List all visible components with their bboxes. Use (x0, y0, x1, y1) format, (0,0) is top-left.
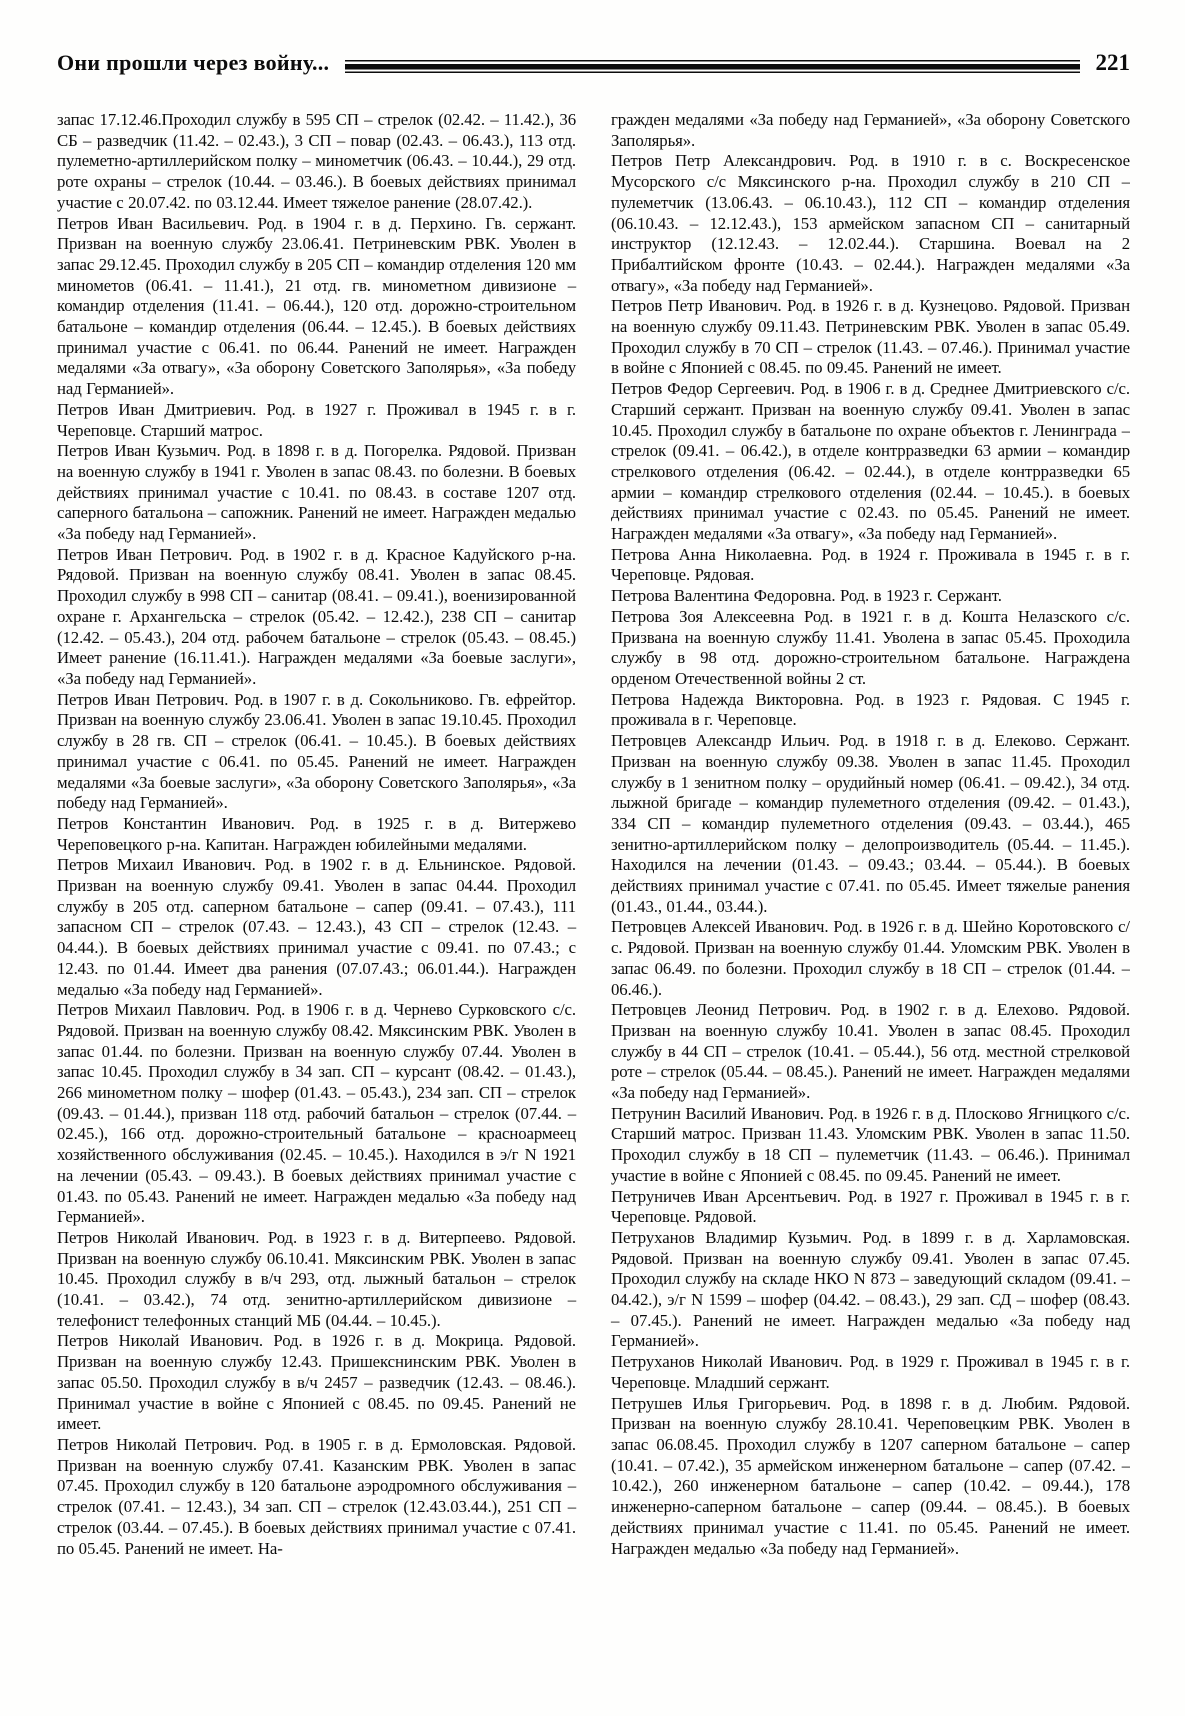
entry-paragraph: Петров Иван Дмитриевич. Род. в 1927 г. П… (57, 400, 576, 441)
page-title: Они прошли через войну... (57, 50, 329, 76)
entry-paragraph: Петрова Анна Николаевна. Род. в 1924 г. … (611, 545, 1130, 586)
entry-paragraph: Петров Константин Иванович. Род. в 1925 … (57, 814, 576, 855)
entry-paragraph: запас 17.12.46.Проходил службу в 595 СП … (57, 110, 576, 214)
entry-paragraph: Петров Иван Петрович. Род. в 1907 г. в д… (57, 690, 576, 814)
entry-paragraph: Петрунин Василий Иванович. Род. в 1926 г… (611, 1104, 1130, 1187)
entry-paragraph: Петрова Валентина Федоровна. Род. в 1923… (611, 586, 1130, 607)
entry-paragraph: Петруничев Иван Арсентьевич. Род. в 1927… (611, 1187, 1130, 1228)
entry-paragraph: Петрушев Илья Григорьевич. Род. в 1898 г… (611, 1394, 1130, 1560)
entry-paragraph: Петров Николай Петрович. Род. в 1905 г. … (57, 1435, 576, 1559)
entry-paragraph: Петров Иван Васильевич. Род. в 1904 г. в… (57, 214, 576, 400)
right-column: гражден медалями «За победу над Германие… (611, 110, 1130, 1666)
entry-paragraph: Петров Петр Иванович. Род. в 1926 г. в д… (611, 296, 1130, 379)
page-number: 221 (1096, 50, 1131, 76)
entry-paragraph: Петров Федор Сергеевич. Род. в 1906 г. в… (611, 379, 1130, 545)
entry-paragraph: Петровцев Леонид Петрович. Род. в 1902 г… (611, 1000, 1130, 1104)
running-head: Они прошли через войну... 221 (57, 46, 1130, 80)
header-rule (345, 60, 1079, 73)
entry-paragraph: Петров Николай Иванович. Род. в 1926 г. … (57, 1331, 576, 1435)
entry-paragraph: Петров Иван Петрович. Род. в 1902 г. в д… (57, 545, 576, 690)
entry-paragraph: Петровцев Александр Ильич. Род. в 1918 г… (611, 731, 1130, 917)
entry-paragraph: Петров Иван Кузьмич. Род. в 1898 г. в д.… (57, 441, 576, 545)
entry-paragraph: Петров Михаил Иванович. Род. в 1902 г. в… (57, 855, 576, 1000)
entry-paragraph: Петруханов Николай Иванович. Род. в 1929… (611, 1352, 1130, 1393)
entry-paragraph: Петрова Надежда Викторовна. Род. в 1923 … (611, 690, 1130, 731)
entry-paragraph: Петруханов Владимир Кузьмич. Род. в 1899… (611, 1228, 1130, 1352)
text-columns: запас 17.12.46.Проходил службу в 595 СП … (57, 110, 1130, 1666)
book-page: Они прошли через войну... 221 запас 17.1… (0, 0, 1185, 1716)
entry-paragraph: Петров Михаил Павлович. Род. в 1906 г. в… (57, 1000, 576, 1228)
entry-paragraph: гражден медалями «За победу над Германие… (611, 110, 1130, 151)
entry-paragraph: Петров Петр Александрович. Род. в 1910 г… (611, 151, 1130, 296)
entry-paragraph: Петров Николай Иванович. Род. в 1923 г. … (57, 1228, 576, 1332)
entry-paragraph: Петровцев Алексей Иванович. Род. в 1926 … (611, 917, 1130, 1000)
left-column: запас 17.12.46.Проходил службу в 595 СП … (57, 110, 576, 1666)
entry-paragraph: Петрова Зоя Алексеевна Род. в 1921 г. в … (611, 607, 1130, 690)
